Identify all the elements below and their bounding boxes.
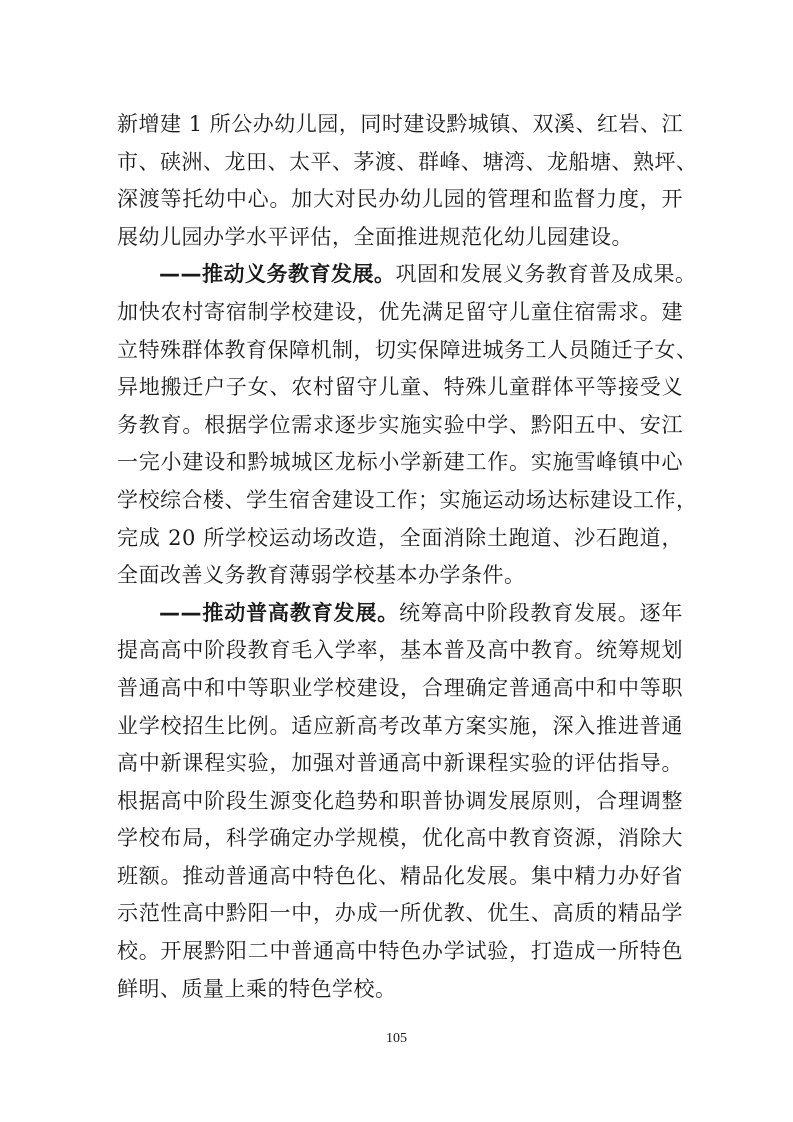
text-line: 立特殊群体教育保障机制，切实保障进城务工人员随迁子女、: [117, 332, 683, 370]
text-line: 高中新课程实验，加强对普通高中新课程实验的评估指导。: [117, 745, 683, 783]
text-line: 学校综合楼、学生宿舍建设工作；实施运动场达标建设工作，: [117, 482, 683, 520]
text-line: 新增建 1 所公办幼儿园，同时建设黔城镇、双溪、红岩、江: [117, 106, 683, 144]
text-line: 校。开展黔阳二中普通高中特色办学试验，打造成一所特色: [117, 933, 683, 971]
document-page: 新增建 1 所公办幼儿园，同时建设黔城镇、双溪、红岩、江 市、硖洲、龙田、太平、…: [0, 0, 793, 1122]
body-text: 新增建 1 所公办幼儿园，同时建设黔城镇、双溪、红岩、江 市、硖洲、龙田、太平、…: [117, 106, 683, 1008]
text-span: 统筹高中阶段教育发展。逐年: [399, 601, 683, 625]
text-line: 完成 20 所学校运动场改造，全面消除土跑道、沙石跑道，: [117, 520, 683, 558]
text-line: 业学校招生比例。适应新高考改革方案实施，深入推进普通: [117, 708, 683, 746]
section-heading-line: ——推动义务教育发展。巩固和发展义务教育普及成果。: [117, 256, 683, 294]
text-line: 提高高中阶段教育毛入学率，基本普及高中教育。统筹规划: [117, 632, 683, 670]
text-line: 深渡等托幼中心。加大对民办幼儿园的管理和监督力度，开: [117, 181, 683, 219]
text-line: 务教育。根据学位需求逐步实施实验中学、黔阳五中、安江: [117, 407, 683, 445]
text-line: 展幼儿园办学水平评估，全面推进规范化幼儿园建设。: [117, 219, 683, 257]
section-heading-high-school-education: ——推动普高教育发展。: [159, 601, 399, 625]
text-line: 市、硖洲、龙田、太平、茅渡、群峰、塘湾、龙船塘、熟坪、: [117, 144, 683, 182]
text-line: 异地搬迁户子女、农村留守儿童、特殊儿童群体平等接受义: [117, 369, 683, 407]
text-line: 示范性高中黔阳一中，办成一所优教、优生、高质的精品学: [117, 895, 683, 933]
text-line: 一完小建设和黔城城区龙标小学新建工作。实施雪峰镇中心: [117, 444, 683, 482]
text-line: 班额。推动普通高中特色化、精品化发展。集中精力办好省: [117, 858, 683, 896]
text-line: 学校布局，科学确定办学规模，优化高中教育资源，消除大: [117, 820, 683, 858]
text-span: 巩固和发展义务教育普及成果。: [396, 262, 697, 286]
section-heading-line: ——推动普高教育发展。统筹高中阶段教育发展。逐年: [117, 595, 683, 633]
page-number: 105: [0, 1031, 793, 1047]
text-line: 全面改善义务教育薄弱学校基本办学条件。: [117, 557, 683, 595]
text-line: 根据高中阶段生源变化趋势和职普协调发展原则，合理调整: [117, 783, 683, 821]
section-heading-compulsory-education: ——推动义务教育发展。: [159, 262, 396, 286]
text-line: 加快农村寄宿制学校建设，优先满足留守儿童住宿需求。建: [117, 294, 683, 332]
text-line: 鲜明、质量上乘的特色学校。: [117, 971, 683, 1009]
text-line: 普通高中和中等职业学校建设，合理确定普通高中和中等职: [117, 670, 683, 708]
